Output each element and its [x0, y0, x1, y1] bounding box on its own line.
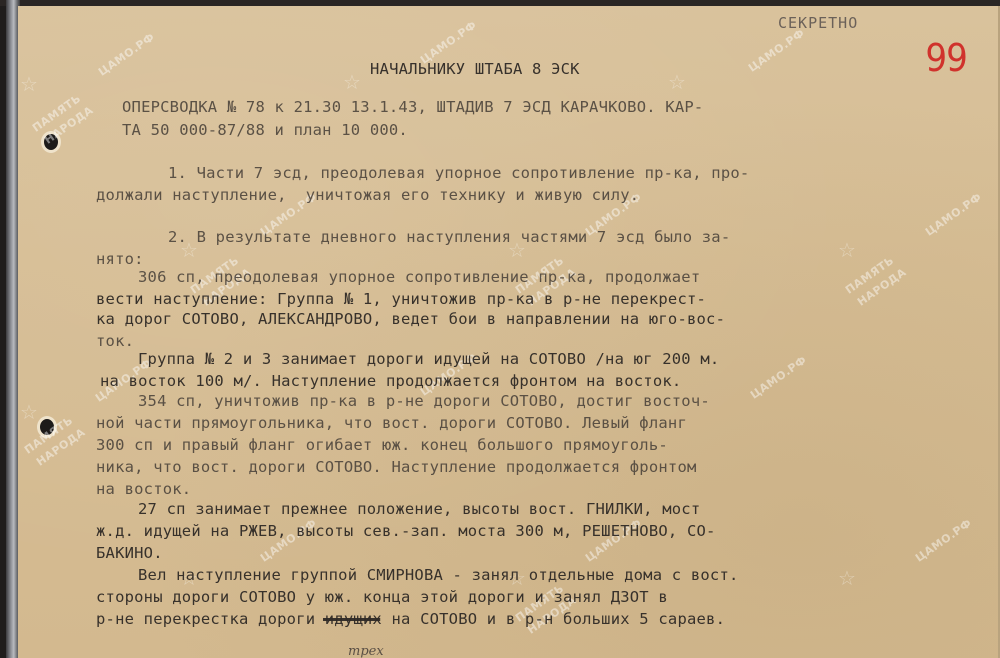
page-number: 99	[925, 36, 967, 80]
paragraph-2-line: ток.	[96, 332, 134, 350]
watermark-tsamo: ЦАМО.РФ	[746, 26, 807, 74]
paragraph-2-line: ной части прямоугольника, что вост. доро…	[96, 414, 687, 432]
paragraph-2-line: Вел наступление группой СМИРНОВА - занял…	[138, 566, 739, 584]
report-header-line: ТА 50 000-87/88 и план 10 000.	[122, 121, 408, 139]
paragraph-2-line: 306 сп, преодолевая упорное сопротивлени…	[138, 268, 700, 286]
paragraph-2-line: Группа № 2 и 3 занимает дороги идущей на…	[138, 350, 719, 368]
struck-word: дороги	[323, 610, 380, 628]
watermark-star-icon: ☆	[838, 566, 856, 590]
watermark-tsamo: ЦАМО.РФ	[748, 353, 809, 401]
paragraph-2-line: на восток.	[96, 480, 191, 498]
paragraph-1-line: 1. Части 7 эсд, преодолевая упорное сопр…	[168, 164, 749, 182]
paragraph-2-line: БАКИНО.	[96, 544, 163, 562]
watermark-tsamo: ЦАМО.РФ	[96, 30, 157, 78]
classification-stamp: СЕКРЕТНО	[778, 14, 858, 32]
watermark-star-icon: ☆	[343, 70, 361, 94]
watermark-tsamo: ЦАМО.РФ	[923, 190, 984, 238]
watermark-star-icon: ☆	[838, 238, 856, 262]
paragraph-2-line: ж.д. идущей на РЖЕВ, высоты сев.-зап. мо…	[96, 522, 716, 540]
paragraph-2-line: 300 сп и правый фланг огибает юж. конец …	[96, 436, 668, 454]
paragraph-2-line: стороны дороги СОТОВО у юж. конца этой д…	[96, 588, 668, 606]
paragraph-2-line: р-не перекрестка дороги идущих на СОТОВО…	[96, 610, 725, 628]
paragraph-2-line: вести наступление: Группа № 1, уничтожив…	[96, 290, 706, 308]
document-page: ЦАМО.РФ ЦАМО.РФ ЦАМО.РФ ЦАМО.РФ ЦАМО.РФ …	[18, 6, 1000, 658]
watermark-star-icon: ☆	[668, 70, 686, 94]
watermark-star-icon: ☆	[20, 400, 38, 424]
paragraph-2-line: нято:	[96, 250, 144, 268]
paragraph-2-line: 27 сп занимает прежнее положение, высоты…	[138, 500, 700, 518]
report-header-line: ОПЕРСВОДКА № 78 к 21.30 13.1.43, ШТАДИВ …	[122, 98, 703, 116]
watermark-star-icon: ☆	[20, 72, 38, 96]
paragraph-2-line: 354 сп, уничтожив пр-ка в р-не дороги СО…	[138, 392, 710, 410]
watermark-tsamo: ЦАМО.РФ	[913, 516, 974, 564]
paragraph-2-line: на восток 100 м/. Наступление продолжает…	[100, 372, 681, 390]
paragraph-2-line: ника, что вост. дороги СОТОВО. Наступлен…	[96, 458, 697, 476]
paragraph-2-line: 2. В результате дневного наступления час…	[168, 228, 730, 246]
paragraph-1-line: должали наступление, уничтожая его техни…	[96, 186, 639, 204]
addressee: НАЧАЛЬНИКУ ШТАБА 8 ЭСК	[370, 60, 580, 78]
handwritten-correction: трех	[348, 644, 384, 658]
paragraph-2-line: ка дорог СОТОВО, АЛЕКСАНДРОВО, ведет бои…	[96, 310, 725, 328]
